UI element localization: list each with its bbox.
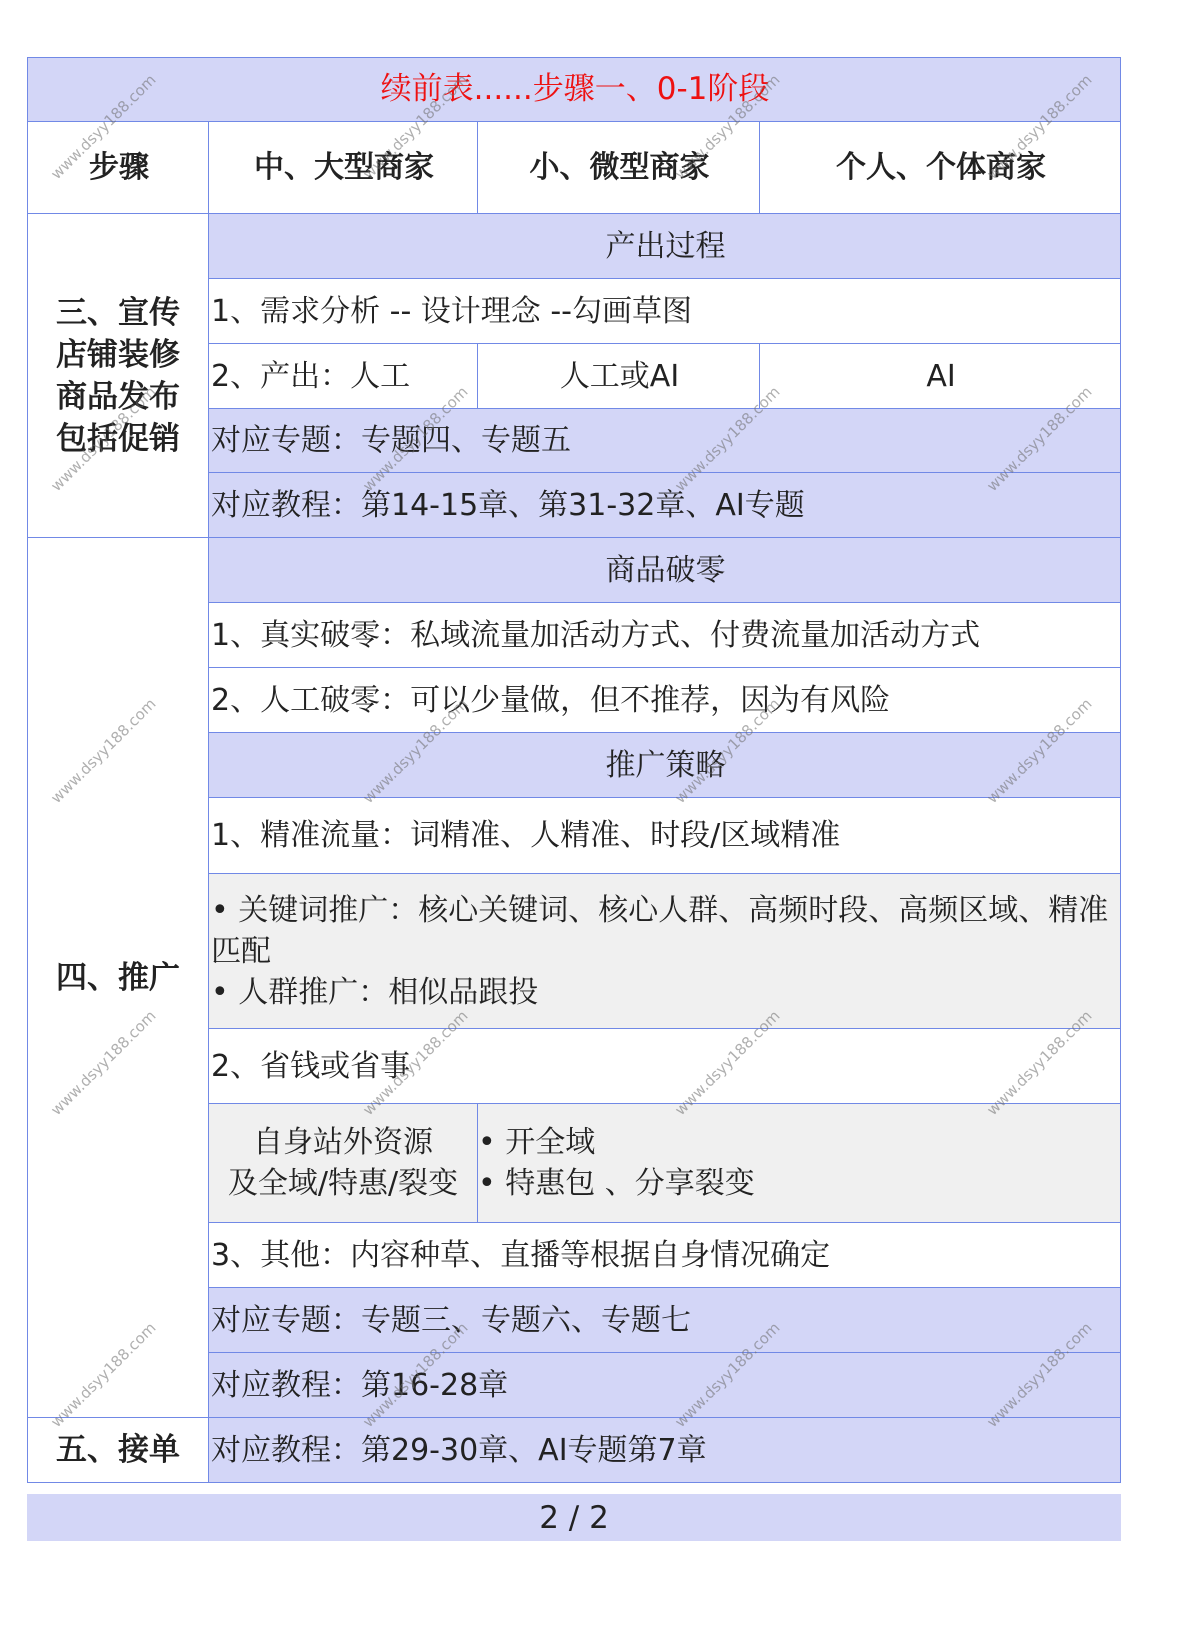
page-footer: 2 / 2: [27, 1494, 1121, 1541]
table-title-row: 续前表......步骤一、0-1阶段: [27, 57, 1121, 122]
section4-row2-text: 2、人工破零：可以少量做，但不推荐，因为有风险: [209, 681, 890, 720]
section3-topics: 对应专题：专题四、专题五: [209, 421, 571, 460]
section4-row5-text: 3、其他：内容种草、直播等根据自身情况确定: [209, 1236, 830, 1275]
section3-row2-large: 2、产出：人工: [208, 343, 478, 409]
header-small-merchant: 小、微型商家: [477, 121, 760, 214]
bullet-item: • 关键词推广：核心关键词、核心人群、高频时段、高频区域、精准匹配: [211, 890, 1111, 972]
section3-label-line: 店铺装修: [56, 334, 180, 376]
section3-topics-row: 对应专题：专题四、专题五: [208, 408, 1121, 473]
header-step: 步骤: [27, 121, 209, 214]
section3-row2-individual: AI: [759, 343, 1121, 409]
section4-topics: 对应专题：专题三、专题六、专题七: [209, 1301, 691, 1340]
section4-step-cell: 四、推广: [27, 537, 209, 1418]
section4-split-right: • 开全域 • 特惠包 、分享裂变: [477, 1103, 1121, 1223]
bullet-item: • 人群推广：相似品跟投: [211, 972, 1111, 1013]
section4-label: 四、推广: [56, 957, 180, 999]
header-large-label: 中、大型商家: [252, 148, 434, 187]
table-title: 续前表......步骤一、0-1阶段: [379, 69, 770, 109]
section5-label: 五、接单: [56, 1429, 180, 1471]
split-right-line: • 特惠包 、分享裂变: [478, 1163, 755, 1204]
section4-row4-text: 2、省钱或省事: [209, 1047, 410, 1086]
header-large-merchant: 中、大型商家: [208, 121, 478, 214]
section3-label: 三、宣传 店铺装修 商品发布 包括促销: [56, 292, 180, 460]
split-right-line: • 开全域: [478, 1122, 755, 1163]
section4-tutorials-row: 对应教程：第16-28章: [208, 1352, 1121, 1418]
section3-row2-small-text: 人工或AI: [558, 357, 679, 396]
section4-row3: 1、精准流量：词精准、人精准、时段/区域精准: [208, 797, 1121, 874]
section5-step-cell: 五、接单: [27, 1417, 209, 1483]
section4-row5: 3、其他：内容种草、直播等根据自身情况确定: [208, 1222, 1121, 1288]
section3-heading: 产出过程: [604, 227, 726, 266]
section4-row3-text: 1、精准流量：词精准、人精准、时段/区域精准: [209, 816, 840, 855]
section4-bullets: • 关键词推广：核心关键词、核心人群、高频时段、高频区域、精准匹配 • 人群推广…: [209, 890, 1111, 1013]
section5-tutorials: 对应教程：第29-30章、AI专题第7章: [209, 1431, 707, 1470]
header-individual-label: 个人、个体商家: [834, 148, 1046, 187]
header-step-label: 步骤: [87, 148, 149, 187]
section4-topics-row: 对应专题：专题三、专题六、专题七: [208, 1287, 1121, 1353]
section4-split-left: 自身站外资源 及全域/特惠/裂变: [208, 1103, 478, 1223]
section4-row1: 1、真实破零：私域流量加活动方式、付费流量加活动方式: [208, 602, 1121, 668]
section3-row1-text: 1、需求分析 -- 设计理念 --勾画草图: [209, 292, 692, 331]
section4-tutorials: 对应教程：第16-28章: [209, 1366, 508, 1405]
section4-bullets-row: • 关键词推广：核心关键词、核心人群、高频时段、高频区域、精准匹配 • 人群推广…: [208, 873, 1121, 1029]
split-left-line: 及全域/特惠/裂变: [228, 1163, 458, 1204]
section4-row4: 2、省钱或省事: [208, 1028, 1121, 1104]
section5-tutorials-row: 对应教程：第29-30章、AI专题第7章: [208, 1417, 1121, 1483]
split-left-text: 自身站外资源 及全域/特惠/裂变: [228, 1122, 458, 1204]
section4-row1-text: 1、真实破零：私域流量加活动方式、付费流量加活动方式: [209, 616, 980, 655]
section3-label-line: 三、宣传: [56, 292, 180, 334]
section3-tutorials: 对应教程：第14-15章、第31-32章、AI专题: [209, 486, 805, 525]
section3-heading-row: 产出过程: [208, 213, 1121, 279]
section3-tutorials-row: 对应教程：第14-15章、第31-32章、AI专题: [208, 472, 1121, 538]
header-small-label: 小、微型商家: [528, 148, 710, 187]
section4-heading1-row: 商品破零: [208, 537, 1121, 603]
page-indicator: 2 / 2: [539, 1500, 609, 1536]
section4-row2: 2、人工破零：可以少量做，但不推荐，因为有风险: [208, 667, 1121, 733]
section3-row1: 1、需求分析 -- 设计理念 --勾画草图: [208, 278, 1121, 344]
split-left-line: 自身站外资源: [228, 1122, 458, 1163]
section3-label-line: 包括促销: [56, 418, 180, 460]
section3-label-line: 商品发布: [56, 376, 180, 418]
section4-heading2-row: 推广策略: [208, 732, 1121, 798]
split-right-text: • 开全域 • 特惠包 、分享裂变: [478, 1122, 755, 1204]
section4-heading2: 推广策略: [604, 746, 726, 785]
section3-row2-individual-text: AI: [924, 357, 955, 396]
section3-row2-small: 人工或AI: [477, 343, 760, 409]
section3-row2-large-text: 2、产出：人工: [209, 357, 410, 396]
section4-heading1: 商品破零: [604, 551, 726, 590]
section3-step-cell: 三、宣传 店铺装修 商品发布 包括促销: [27, 213, 209, 538]
header-individual-merchant: 个人、个体商家: [759, 121, 1121, 214]
